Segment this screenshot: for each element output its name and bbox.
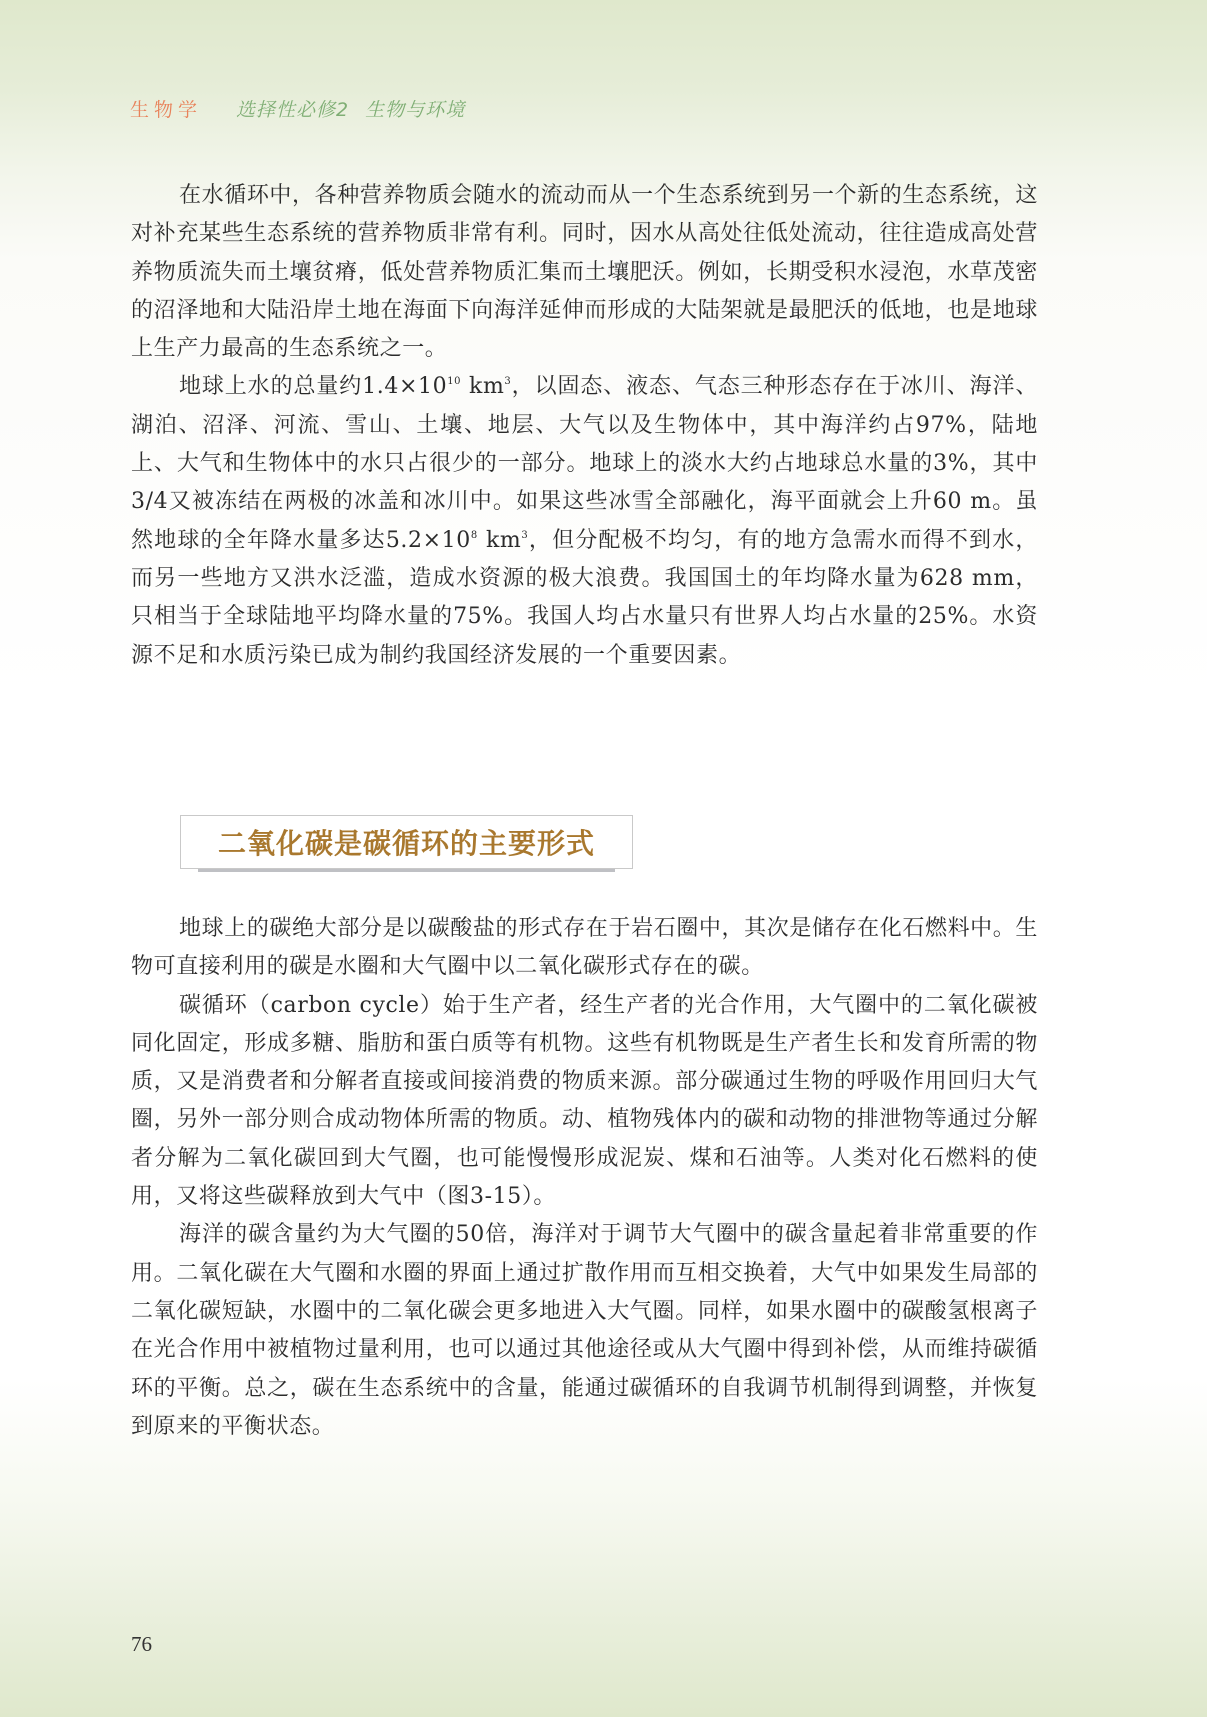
section-heading: 二氧化碳是碳循环的主要形式 [180,815,633,875]
water-cycle-section: 在水循环中，各种营养物质会随水的流动而从一个生态系统到另一个新的生态系统，这对补… [131,177,1038,675]
paragraph-ocean-carbon: 海洋的碳含量约为大气圈的50倍，海洋对于调节大气圈中的碳含量起着非常重要的作用。… [131,1216,1038,1446]
page-number: 76 [131,1632,152,1657]
book-title: 选择性必修2生物与环境 [236,95,465,122]
section-title: 二氧化碳是碳循环的主要形式 [218,822,595,862]
paragraph-water-quantity: 地球上水的总量约1.4×1010 km3，以固态、液态、气态三种形态存在于冰川、… [131,368,1038,674]
carbon-cycle-section: 地球上的碳绝大部分是以碳酸盐的形式存在于岩石圈中，其次是储存在化石燃料中。生物可… [131,910,1038,1446]
paragraph-carbon-storage: 地球上的碳绝大部分是以碳酸盐的形式存在于岩石圈中，其次是储存在化石燃料中。生物可… [131,910,1038,987]
paragraph-water-nutrients: 在水循环中，各种营养物质会随水的流动而从一个生态系统到另一个新的生态系统，这对补… [131,177,1038,368]
book-series: 选择性必修2 [236,99,349,121]
subject-label: 生物学 [130,95,202,122]
section-heading-box: 二氧化碳是碳循环的主要形式 [180,815,633,869]
book-subtitle: 生物与环境 [365,99,465,121]
paragraph-carbon-cycle: 碳循环（carbon cycle）始于生产者，经生产者的光合作用，大气圈中的二氧… [131,987,1038,1217]
running-header: 生物学 选择性必修2生物与环境 [130,94,465,122]
